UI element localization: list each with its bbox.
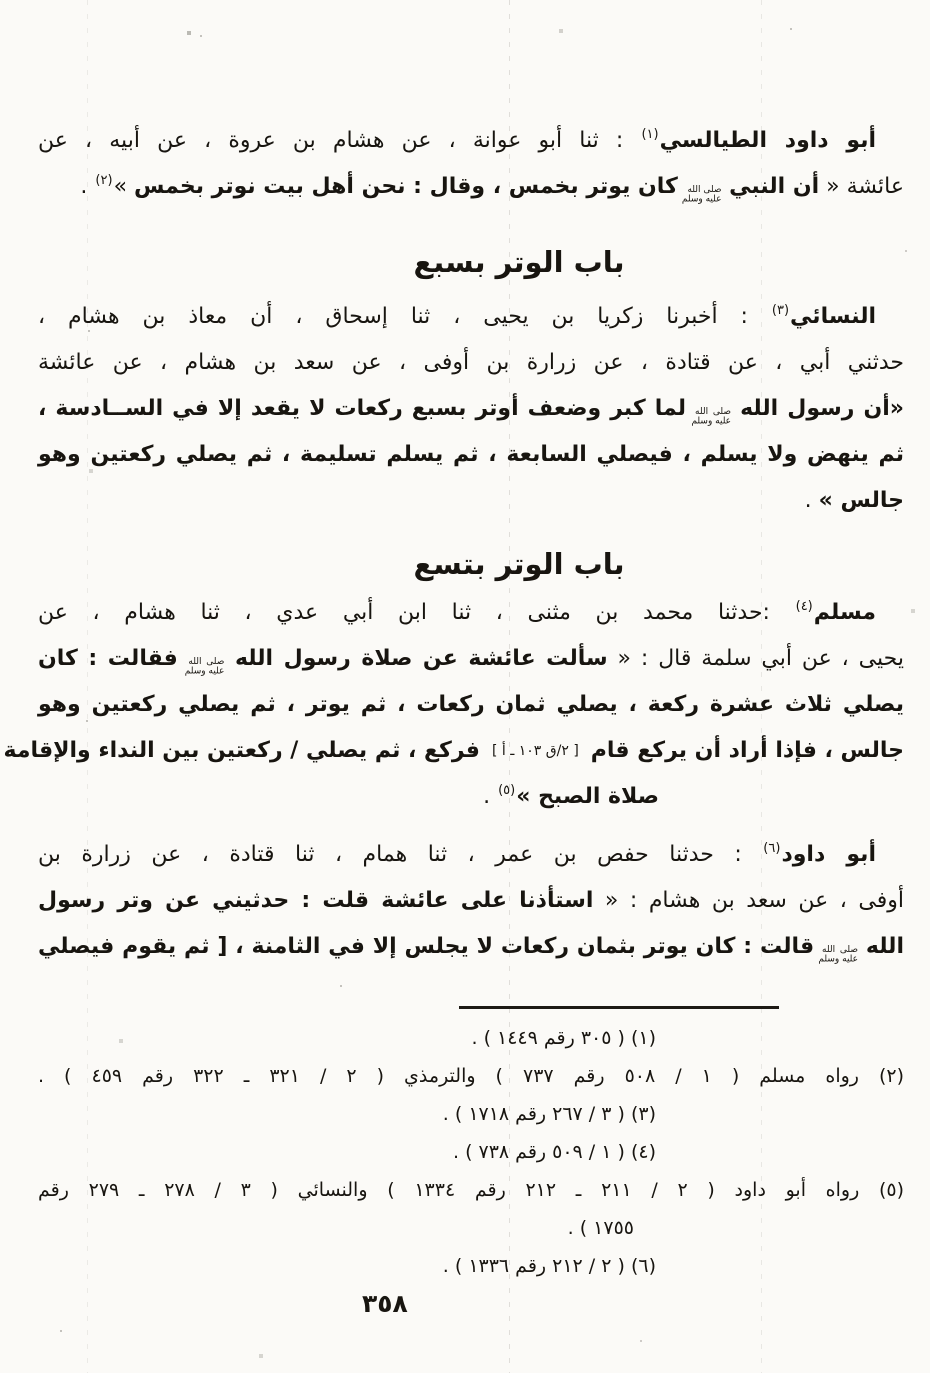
section-heading: باب الوتر بتسع xyxy=(86,538,930,590)
paragraph: أبو داود الطيالسي(١) : ثنا أبو عوانة ، ع… xyxy=(38,118,904,210)
body-text: :حدثنا محمد بن مثنى ، ثنا ابن أبي عدي ، … xyxy=(38,600,795,625)
hadith-bold-text: أبو داود الطيالسي xyxy=(660,128,876,153)
paragraph: مسلم(٤) :حدثنا محمد بن مثنى ، ثنا ابن أب… xyxy=(38,590,904,820)
footnote-ref-marker: (٣) xyxy=(772,303,789,318)
hadith-bold-text: أن النبي xyxy=(722,174,820,199)
hadith-bold-text: الله xyxy=(858,934,904,959)
hadith-bold-text: «أن رسول الله xyxy=(731,396,904,421)
footnote-ref-marker: (٤) xyxy=(796,599,813,614)
footnote-line: (٣) ( ٣ / ٢٦٧ رقم ١٧١٨ ) . xyxy=(38,1095,656,1133)
paragraph: أبو داود(٦) : حدثنا حفص بن عمر ، ثنا هما… xyxy=(38,832,904,970)
hadith-bold-text: فركع ، ثم يصلي / ركعتين بين النداء والإق… xyxy=(0,738,480,763)
text-line: أوفى ، عن سعد بن هشام : « استأذنا على عا… xyxy=(38,878,904,924)
footnote-ref-marker: (٢) xyxy=(95,173,112,188)
text-line: أبو داود الطيالسي(١) : ثنا أبو عوانة ، ع… xyxy=(38,118,904,164)
folio-margin-note: [ ٢/ق ١٠٣ ـ أ ] xyxy=(492,743,579,759)
hadith-bold-text: فقالت : كان xyxy=(38,646,188,671)
text-line: حدثني أبي ، عن قتادة ، عن زرارة بن أوفى … xyxy=(38,340,904,386)
hadith-bold-text: مسلم xyxy=(814,600,876,625)
footnote-line: ١٧٥٥ ) . xyxy=(38,1209,634,1247)
saw-line2: عليه وسلم xyxy=(188,667,224,677)
hadith-bold-text: استأذنا على عائشة قلت : حدثيني عن وتر رس… xyxy=(38,888,593,913)
text-line: مسلم(٤) :حدثنا محمد بن مثنى ، ثنا ابن أب… xyxy=(38,590,904,636)
hadith-bold-text: سألت عائشة عن صلاة رسول الله xyxy=(224,646,607,671)
sallallahu-alayhi-wasallam-honorific: صلى اللهعليه وسلم xyxy=(822,945,858,965)
saw-line2: عليه وسلم xyxy=(695,417,731,427)
body-text: أوفى ، عن سعد بن هشام : « xyxy=(593,888,904,913)
body-text: . xyxy=(483,784,497,809)
body-text: : ثنا أبو عوانة ، عن هشام بن عروة ، عن أ… xyxy=(38,128,640,153)
text-line: الله صلى اللهعليه وسلم قالت : كان يوتر ب… xyxy=(38,924,904,970)
hadith-bold-text: لما كبر وضعف أوتر بسبع ركعات لا يقعد إلا… xyxy=(38,396,695,421)
footnote-line: (٤) ( ١ / ٥٠٩ رقم ٧٣٨ ) . xyxy=(38,1133,656,1171)
sallallahu-alayhi-wasallam-honorific: صلى اللهعليه وسلم xyxy=(686,185,722,205)
hadith-bold-text: النسائي xyxy=(790,304,876,329)
sallallahu-alayhi-wasallam-honorific: صلى اللهعليه وسلم xyxy=(695,407,731,427)
text-line: يصلي ثلاث عشرة ركعة ، يصلي ثمان ركعات ، … xyxy=(38,682,904,728)
hadith-bold-text: جالس ، فإذا أراد أن يركع قام xyxy=(591,738,904,763)
body-text: : حدثنا حفص بن عمر ، ثنا همام ، ثنا قتاد… xyxy=(38,842,762,867)
text-column: أبو داود الطيالسي(١) : ثنا أبو عوانة ، ع… xyxy=(38,118,904,1285)
hadith-bold-text: ثم ينهض ولا يسلم ، فيصلي السابعة ، ثم يس… xyxy=(38,442,904,467)
hadith-bold-text: أبو داود xyxy=(781,842,876,867)
body-text: عائشة « xyxy=(819,174,904,199)
paragraph: النسائي(٣) : أخبرنا زكريا بن يحيى ، ثنا … xyxy=(38,294,904,524)
text-line: عائشة « أن النبي صلى اللهعليه وسلم كان ي… xyxy=(38,164,904,210)
hadith-bold-text: يصلي ثلاث عشرة ركعة ، يصلي ثمان ركعات ، … xyxy=(38,692,904,717)
text-line: صلاة الصبح »(٥) . xyxy=(38,774,659,820)
footnote-line: (٢) رواه مسلم ( ١ / ٥٠٨ رقم ٧٣٧ ) والترم… xyxy=(38,1057,904,1095)
hadith-bold-text: قالت : كان يوتر بثمان ركعات لا يجلس إلا … xyxy=(38,934,822,959)
body-text: » xyxy=(114,174,134,199)
saw-line2: عليه وسلم xyxy=(822,955,858,965)
text-line: جالس » . xyxy=(38,478,904,524)
footnote-line: (١) ( ٣٠٥ رقم ١٤٤٩ ) . xyxy=(38,1019,656,1057)
footnote-ref-marker: (٥) xyxy=(498,783,515,798)
saw-line2: عليه وسلم xyxy=(686,195,722,205)
footnote-separator xyxy=(459,1006,779,1009)
section-heading: باب الوتر بسبع xyxy=(86,236,930,288)
body-text: حدثني أبي ، عن قتادة ، عن زرارة بن أوفى … xyxy=(38,350,904,375)
scan-noise-specks xyxy=(0,0,2,2)
footnotes-block: (١) ( ٣٠٥ رقم ١٤٤٩ ) .(٢) رواه مسلم ( ١ … xyxy=(38,1019,904,1285)
body-text: . xyxy=(805,488,819,513)
body-text: . xyxy=(80,174,94,199)
text-line: «أن رسول الله صلى اللهعليه وسلم لما كبر … xyxy=(38,386,904,432)
page-number: ٣٥٨ xyxy=(362,1289,408,1318)
sallallahu-alayhi-wasallam-honorific: صلى اللهعليه وسلم xyxy=(188,657,224,677)
footnote-line: (٥) رواه أبو داود ( ٢ / ٢١١ ـ ٢١٢ رقم ١٣… xyxy=(38,1171,904,1209)
hadith-bold-text: جالس » xyxy=(819,488,904,513)
hadith-bold-text: صلاة الصبح » xyxy=(516,784,659,809)
footnote-ref-marker: (١) xyxy=(641,127,658,142)
text-line: النسائي(٣) : أخبرنا زكريا بن يحيى ، ثنا … xyxy=(38,294,904,340)
scanned-book-page: أبو داود الطيالسي(١) : ثنا أبو عوانة ، ع… xyxy=(0,0,930,1373)
body-text: يحيى ، عن أبي سلمة قال : « xyxy=(608,646,904,671)
text-line: جالس ، فإذا أراد أن يركع قام[ ٢/ق ١٠٣ ـ … xyxy=(38,728,904,774)
body-text: : أخبرنا زكريا بن يحيى ، ثنا إسحاق ، أن … xyxy=(38,304,771,329)
hadith-bold-text: كان يوتر بخمس ، وقال : نحن أهل بيت نوتر … xyxy=(134,174,685,199)
text-line: ثم ينهض ولا يسلم ، فيصلي السابعة ، ثم يس… xyxy=(38,432,904,478)
text-line: أبو داود(٦) : حدثنا حفص بن عمر ، ثنا هما… xyxy=(38,832,904,878)
text-line: يحيى ، عن أبي سلمة قال : « سألت عائشة عن… xyxy=(38,636,904,682)
footnote-ref-marker: (٦) xyxy=(763,841,780,856)
footnote-line: (٦) ( ٢ / ٢١٢ رقم ١٣٣٦ ) . xyxy=(38,1247,656,1285)
